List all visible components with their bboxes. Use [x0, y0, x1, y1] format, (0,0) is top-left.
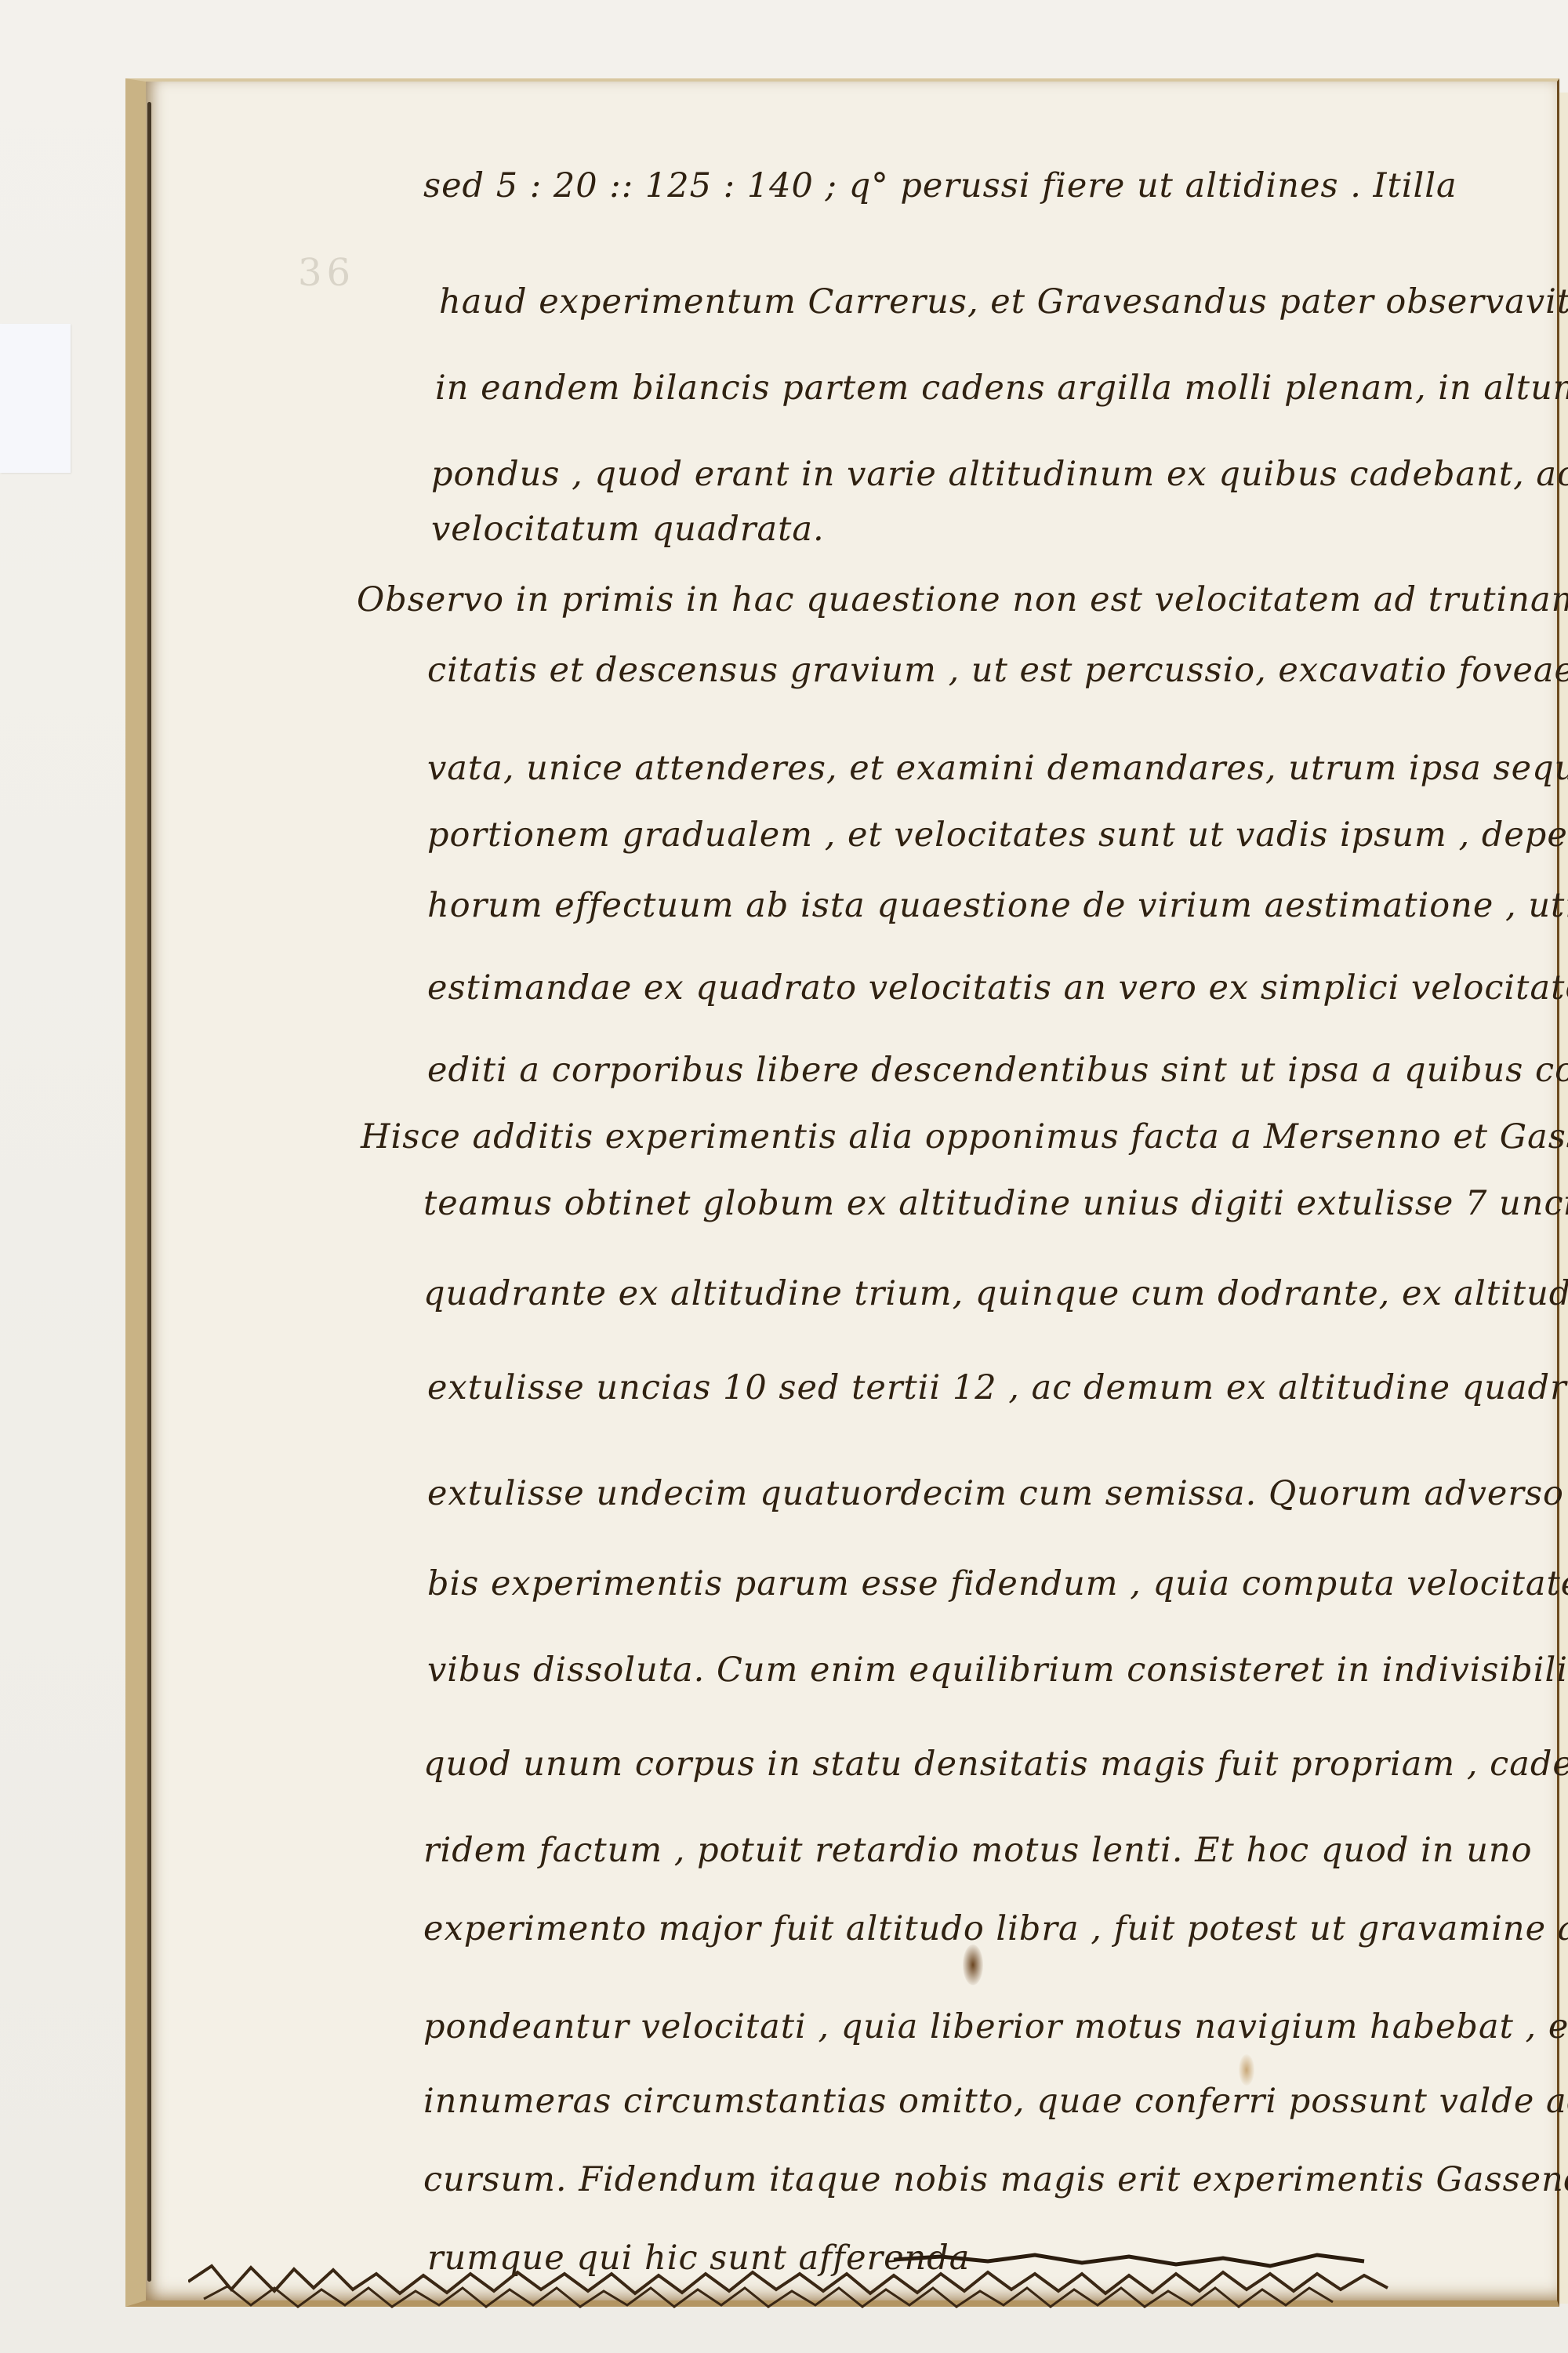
manuscript-line: ridem factum , potuit retardio motus len…: [423, 1831, 1533, 1870]
manuscript-line: haud experimentum Carrerus, et Gravesand…: [439, 282, 1568, 321]
manuscript-line: velocitatum quadrata.: [431, 510, 825, 549]
manuscript-line: pondus , quod erant in varie altitudinum…: [431, 455, 1568, 494]
manuscript-line: Hisce additis experimentis alia opponimu…: [361, 1117, 1568, 1157]
manuscript-line: Observo in primis in hac quaestione non …: [357, 580, 1568, 619]
manuscript-line: innumeras circumstantias omitto, quae co…: [423, 2082, 1568, 2121]
manuscript-line: editi a corporibus libere descendentibus…: [427, 1051, 1568, 1090]
manuscript-line: citatis et descensus gravium , ut est pe…: [427, 651, 1568, 690]
manuscript-line: quod unum corpus in statu densitatis mag…: [423, 1745, 1568, 1784]
manuscript-line: experimento major fuit altitudo libra , …: [423, 1909, 1568, 1948]
manuscript-line: estimandae ex quadrato velocitatis an ve…: [427, 968, 1568, 1008]
side-label-card: [0, 324, 71, 473]
manuscript-line: sed 5 : 20 :: 125 : 140 ; q° perussi fie…: [423, 166, 1457, 205]
manuscript-line: extulisse undecim quatuordecim cum semis…: [427, 1474, 1568, 1513]
manuscript-line: vata, unice attenderes, et examini deman…: [427, 749, 1568, 788]
ink-stain: [1239, 2054, 1254, 2086]
manuscript-line: portionem gradualem , et velocitates sun…: [427, 815, 1568, 855]
ink-stain: [963, 1944, 983, 1985]
bleed-through-folio-number: 36: [298, 251, 355, 295]
manuscript-line: in eandem bilancis partem cadens argilla…: [435, 369, 1568, 408]
manuscript-line: quadrante ex altitudine trium, quinque c…: [423, 1274, 1568, 1313]
manuscript-line: extulisse uncias 10 sed tertii 12 , ac d…: [427, 1368, 1568, 1407]
manuscript-line: cursum. Fidendum itaque nobis magis erit…: [423, 2160, 1568, 2199]
cancellation-scribble: [188, 2250, 1411, 2313]
manuscript-line: teamus obtinet globum ex altitudine uniu…: [423, 1184, 1568, 1223]
manuscript-line: vibus dissoluta. Cum enim equilibrium co…: [427, 1650, 1568, 1690]
manuscript-line: horum effectuum ab ista quaestione de vi…: [427, 886, 1568, 925]
binding-gutter: [147, 102, 151, 2282]
manuscript-line: pondeantur velocitati , quia liberior mo…: [423, 2007, 1568, 2046]
manuscript-line: bis experimentis parum esse fidendum , q…: [427, 1564, 1568, 1603]
